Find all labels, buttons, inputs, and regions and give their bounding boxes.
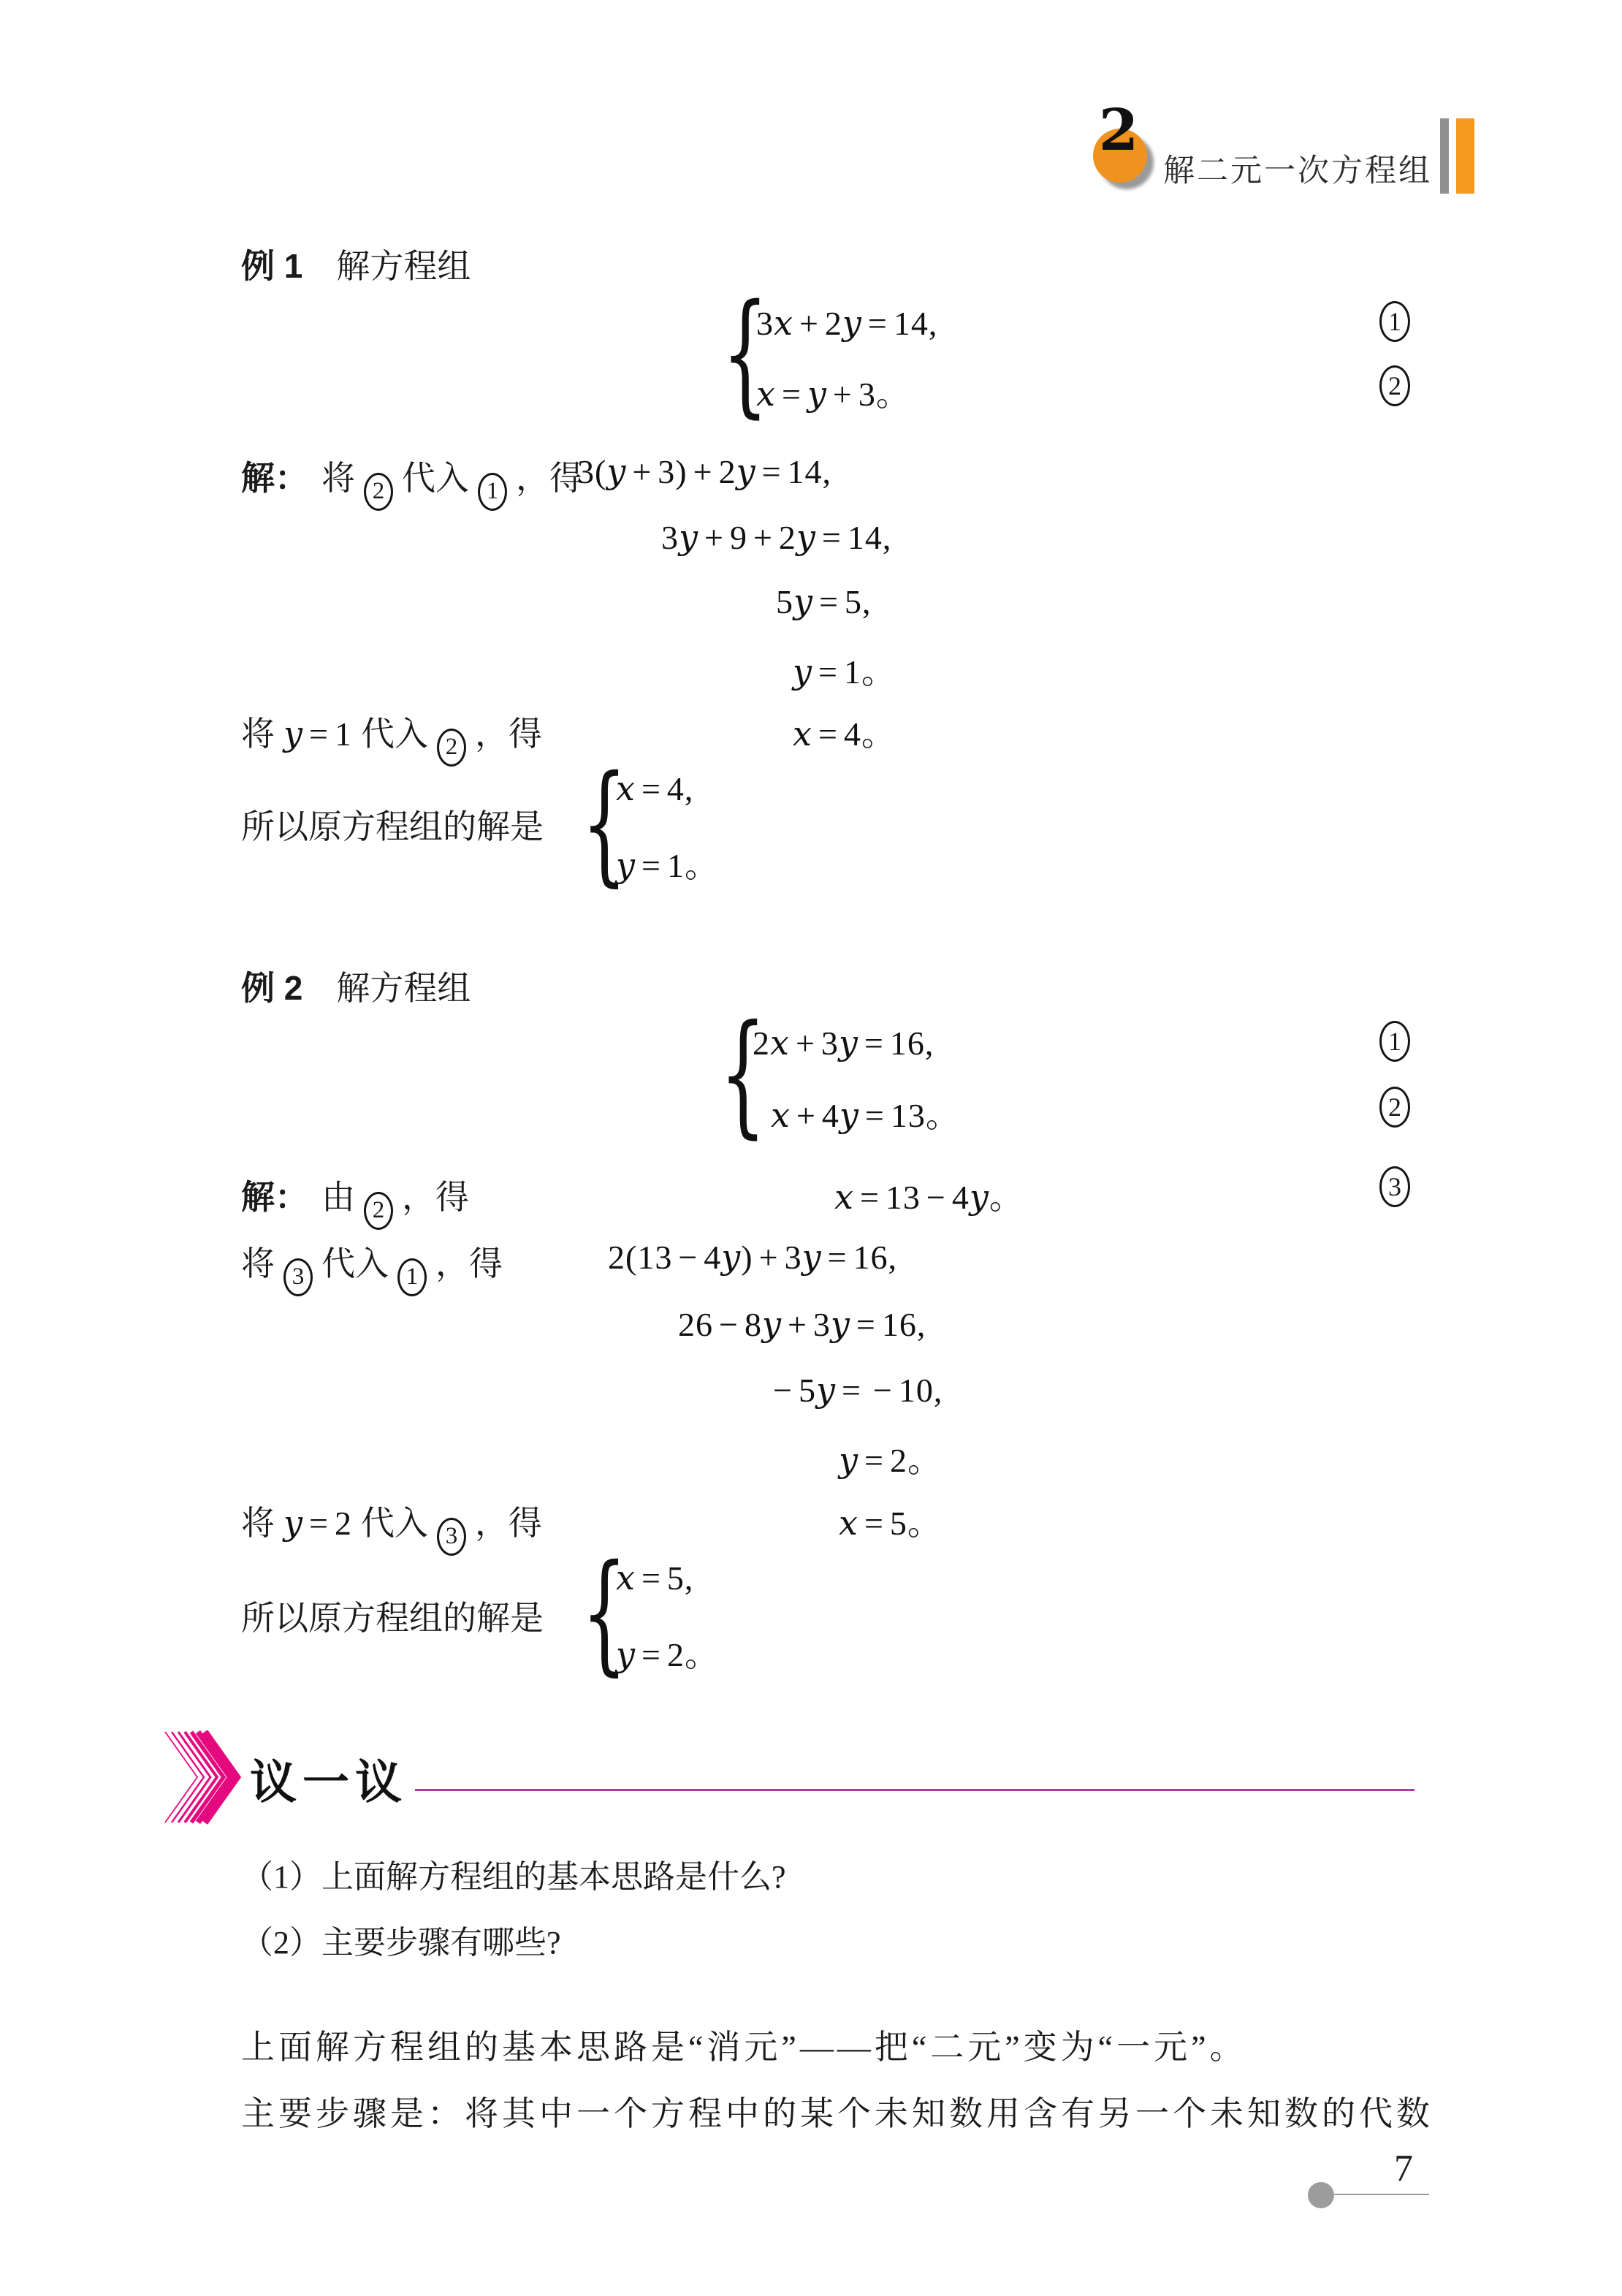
- solution2-step6-text: 将y=2代入3，得: [241, 1497, 542, 1556]
- header-bar-orange: [1456, 118, 1474, 194]
- discuss-question-2: （2）主要步骤有哪些?: [241, 1916, 561, 1963]
- solution1-step5-text: 将y=1代入2，得: [241, 707, 542, 767]
- solution1-step1-text: 解：将2代入1，得: [241, 452, 583, 511]
- footer-dot: [1308, 2182, 1334, 2208]
- discuss-chevron-icon: [162, 1730, 243, 1829]
- solve-label: 解：: [241, 459, 308, 497]
- solution2-answer-y: y=2。: [616, 1628, 719, 1676]
- example1-label: 例 1: [241, 247, 302, 285]
- example2-heading: 例 2 解方程组: [241, 962, 471, 1010]
- system2-eq2: x+4y=13。: [771, 1089, 960, 1137]
- step-text: 将: [321, 460, 355, 497]
- solution2-step6-eq: x=5。: [839, 1497, 942, 1545]
- circled-number-3: 3: [437, 1518, 466, 1556]
- step-text: ，得: [475, 715, 542, 753]
- system2-tag2: 2: [1379, 1087, 1410, 1128]
- summary-line-1: 上面解方程组的基本思路是“消元”——把“二元”变为“一元”。: [241, 2021, 1247, 2069]
- solution2-step2-text: 将3代入1，得: [241, 1237, 503, 1296]
- textbook-page: 2 解二元一次方程组 例 1 解方程组 { 3x+2y=14, 1 x=y+3。…: [0, 0, 1622, 2296]
- solve-label: 解：: [241, 1178, 308, 1216]
- solution2-conclusion-text: 所以原方程组的解是: [241, 1592, 544, 1640]
- solution2-step3-eq: 26−8y+3y=16,: [678, 1304, 926, 1344]
- step-text: 将: [241, 1245, 275, 1282]
- step-text: 由: [321, 1179, 355, 1216]
- step-text: ，得: [516, 460, 583, 497]
- inline-math: y=1: [283, 715, 352, 753]
- circled-number-3: 3: [283, 1258, 313, 1296]
- system2-tag1: 1: [1379, 1021, 1410, 1062]
- step-text: ，得: [475, 1505, 542, 1542]
- system1-eq2: x=y+3。: [756, 368, 910, 416]
- system1-eq1: 3x+2y=14,: [756, 303, 937, 343]
- solution1-step1-eq: 3(y+3)+2y=14,: [577, 452, 831, 491]
- solution1-answer-y: y=1。: [616, 839, 719, 887]
- solution1-step4-eq: y=1。: [793, 645, 896, 693]
- inline-math: y=2: [283, 1505, 352, 1542]
- discuss-question-1: （1）上面解方程组的基本思路是什么?: [241, 1850, 786, 1897]
- system1-tag2: 2: [1379, 365, 1410, 406]
- circled-number-2: 2: [364, 1192, 393, 1230]
- circled-number-1: 1: [478, 473, 507, 511]
- solution1-answer-x: x=4,: [616, 769, 693, 808]
- step-text: 将: [241, 715, 275, 753]
- solution2-step4-eq: −5y=−10,: [767, 1370, 943, 1410]
- step-text: 代入: [361, 1505, 428, 1542]
- step-text: 将: [241, 1505, 275, 1542]
- solution2-step1-eq: x=13−4y。: [834, 1171, 1024, 1219]
- circled-number-1: 1: [397, 1258, 427, 1296]
- step-text: ，得: [402, 1179, 469, 1216]
- discuss-title: 议一议: [250, 1745, 408, 1812]
- section-title: 解二元一次方程组: [1163, 146, 1432, 191]
- solution1-step3-eq: 5y=5,: [776, 582, 871, 621]
- solution2-tag3: 3: [1379, 1166, 1410, 1207]
- step-text: ，得: [435, 1245, 503, 1282]
- solution2-answer-x: x=5,: [616, 1558, 693, 1597]
- header-bar-gray: [1440, 118, 1449, 194]
- solution2-step1-text: 解：由2，得: [241, 1171, 469, 1230]
- step-text: 代入: [402, 460, 469, 497]
- solution2-step5-eq: y=2。: [839, 1434, 942, 1482]
- step-text: 代入: [321, 1245, 389, 1282]
- circled-number-2: 2: [364, 473, 393, 511]
- solution1-step2-eq: 3y+9+2y=14,: [661, 517, 891, 557]
- example2-task: 解方程组: [336, 970, 471, 1007]
- summary-line-2: 主要步骤是：将其中一个方程中的某个未知数用含有另一个未知数的代数: [241, 2087, 1433, 2135]
- discuss-rule: [415, 1789, 1415, 1791]
- footer-rule: [1321, 2194, 1429, 2195]
- section-number: 2: [1092, 102, 1146, 159]
- solution2-step2-eq: 2(13−4y)+3y=16,: [608, 1237, 897, 1277]
- example2-label: 例 2: [241, 969, 302, 1007]
- system2-eq1: 2x+3y=16,: [753, 1023, 934, 1063]
- solution1-step5-eq: x=4。: [793, 707, 896, 756]
- step-text: 代入: [361, 715, 428, 753]
- solution1-conclusion-text: 所以原方程组的解是: [241, 800, 544, 848]
- example1-heading: 例 1 解方程组: [241, 240, 471, 288]
- system1-tag1: 1: [1379, 301, 1410, 342]
- circled-number-2: 2: [437, 729, 466, 767]
- page-number: 7: [1394, 2147, 1413, 2190]
- example1-task: 解方程组: [336, 248, 471, 285]
